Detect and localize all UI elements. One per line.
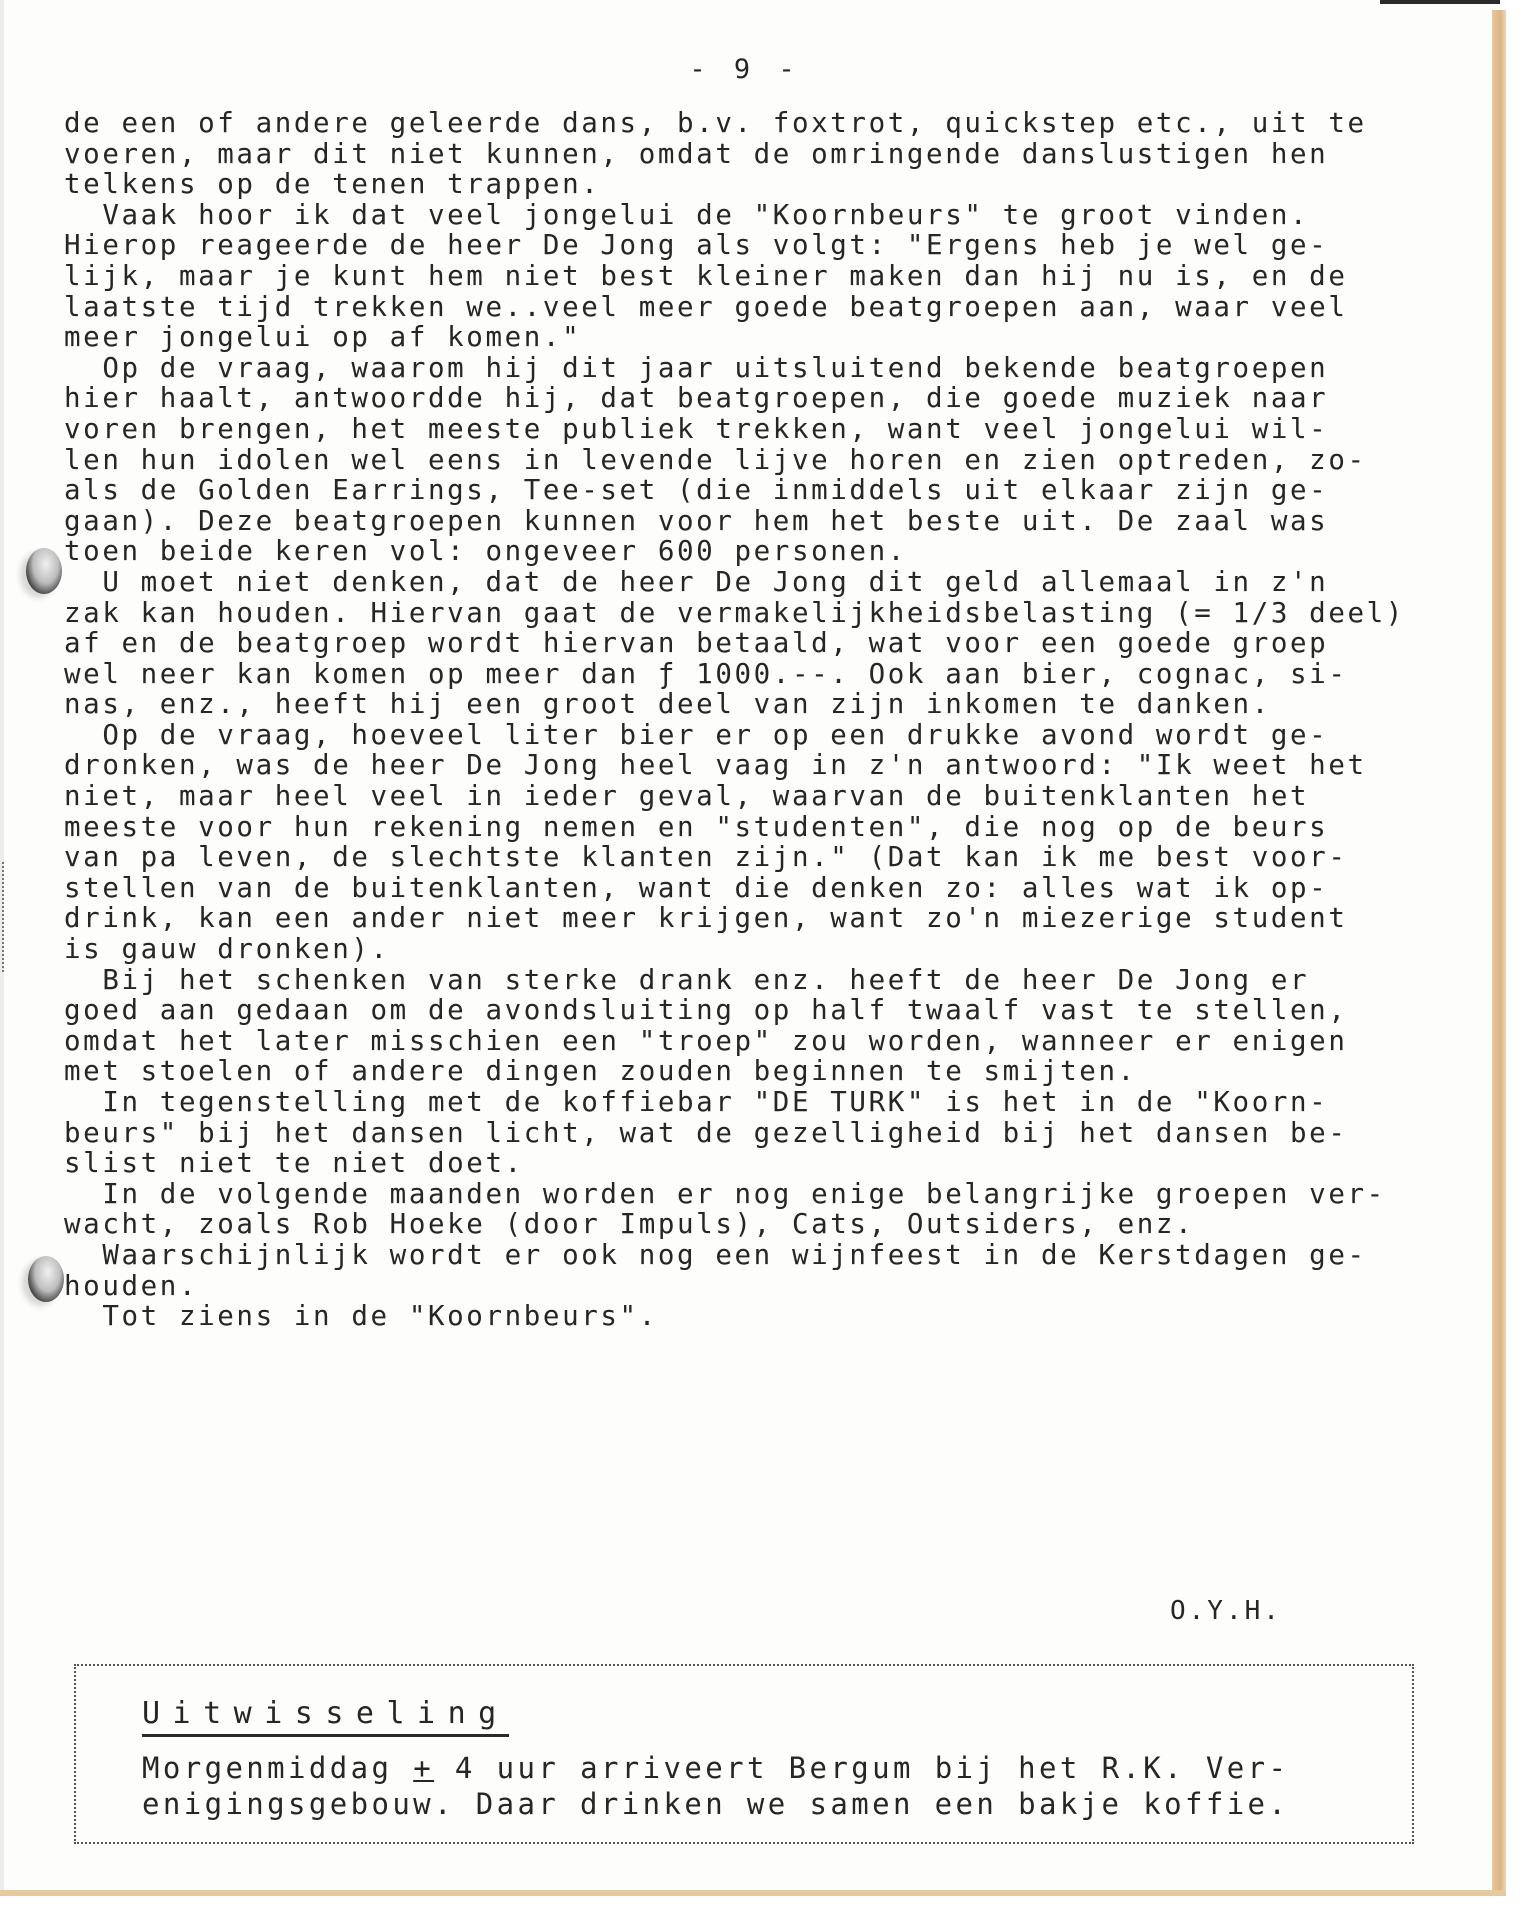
text-line: is gauw dronken). (64, 934, 1484, 965)
text-line: meer jongelui op af komen." (64, 322, 1484, 353)
text-line: omdat het later misschien een "troep" zo… (64, 1026, 1484, 1057)
text-line: van pa leven, de slechtste klanten zijn.… (64, 842, 1484, 873)
text-line: dronken, was de heer De Jong heel vaag i… (64, 750, 1484, 781)
author-signature: O.Y.H. (1170, 1596, 1282, 1626)
notice-line: enigingsgebouw. Daar drinken we samen ee… (142, 1786, 1402, 1822)
text-line: als de Golden Earrings, Tee-set (die inm… (64, 475, 1484, 506)
page-stack-edge (1492, 10, 1506, 1890)
text-line: met stoelen of andere dingen zouden begi… (64, 1056, 1484, 1087)
text-line: lijk, maar je kunt hem niet best kleiner… (64, 261, 1484, 292)
text-line: wel neer kan komen op meer dan ƒ 1000.--… (64, 659, 1484, 690)
text-line: niet, maar heel veel in ieder geval, waa… (64, 781, 1484, 812)
page-top-shadow (1380, 0, 1500, 4)
text-line: toen beide keren vol: ongeveer 600 perso… (64, 536, 1484, 567)
binder-hole-icon (26, 548, 62, 594)
text-line: In tegenstelling met de koffiebar "DE TU… (64, 1087, 1484, 1118)
text-line: Op de vraag, waarom hij dit jaar uitslui… (64, 353, 1484, 384)
text-line: stellen van de buitenklanten, want die d… (64, 873, 1484, 904)
text-line: wacht, zoals Rob Hoeke (door Impuls), Ca… (64, 1209, 1484, 1240)
text-line: laatste tijd trekken we..veel meer goede… (64, 292, 1484, 323)
notice-title: Uitwisseling (142, 1696, 509, 1737)
notice-body: Morgenmiddag + 4 uur arriveert Bergum bi… (142, 1750, 1402, 1822)
text-line: Vaak hoor ik dat veel jongelui de "Koorn… (64, 200, 1484, 231)
margin-mark (2, 862, 7, 972)
text-line: gaan). Deze beatgroepen kunnen voor hem … (64, 506, 1484, 537)
text-line: len hun idolen wel eens in levende lijve… (64, 445, 1484, 476)
text-line: voeren, maar dit niet kunnen, omdat de o… (64, 139, 1484, 170)
text-line: meeste voor hun rekening nemen en "stude… (64, 812, 1484, 843)
text-line: Waarschijnlijk wordt er ook nog een wijn… (64, 1240, 1484, 1271)
binder-hole-icon (28, 1256, 64, 1302)
text-line: Op de vraag, hoeveel liter bier er op ee… (64, 720, 1484, 751)
notice-text: Morgenmiddag (142, 1751, 413, 1785)
page-bottom-edge (0, 1890, 1506, 1896)
article-body: de een of andere geleerde dans, b.v. fox… (64, 108, 1484, 1332)
text-line: U moet niet denken, dat de heer De Jong … (64, 567, 1484, 598)
notice-text: 4 uur arriveert Bergum bij het R.K. Ver- (434, 1751, 1289, 1785)
text-line: Tot ziens in de "Koornbeurs". (64, 1301, 1484, 1332)
text-line: hier haalt, antwoordde hij, dat beatgroe… (64, 383, 1484, 414)
text-line: goed aan gedaan om de avondsluiting op h… (64, 995, 1484, 1026)
text-line: Bij het schenken van sterke drank enz. h… (64, 965, 1484, 996)
notice-box: Uitwisseling Morgenmiddag + 4 uur arrive… (74, 1664, 1414, 1844)
text-line: de een of andere geleerde dans, b.v. fox… (64, 108, 1484, 139)
text-line: In de volgende maanden worden er nog eni… (64, 1179, 1484, 1210)
text-line: houden. (64, 1271, 1484, 1302)
text-line: drink, kan een ander niet meer krijgen, … (64, 903, 1484, 934)
page-number: - 9 - (0, 54, 1490, 85)
text-line: telkens op de tenen trappen. (64, 169, 1484, 200)
text-line: beurs" bij het dansen licht, wat de geze… (64, 1118, 1484, 1149)
document-page: - 9 - de een of andere geleerde dans, b.… (0, 0, 1490, 1892)
plus-minus-symbol: + (413, 1751, 434, 1785)
text-line: voren brengen, het meeste publiek trekke… (64, 414, 1484, 445)
text-line: nas, enz., heeft hij een groot deel van … (64, 689, 1484, 720)
notice-line: Morgenmiddag + 4 uur arriveert Bergum bi… (142, 1750, 1402, 1786)
text-line: zak kan houden. Hiervan gaat de vermakel… (64, 598, 1484, 629)
text-line: af en de beatgroep wordt hiervan betaald… (64, 628, 1484, 659)
text-line: Hierop reageerde de heer De Jong als vol… (64, 230, 1484, 261)
text-line: slist niet te niet doet. (64, 1148, 1484, 1179)
